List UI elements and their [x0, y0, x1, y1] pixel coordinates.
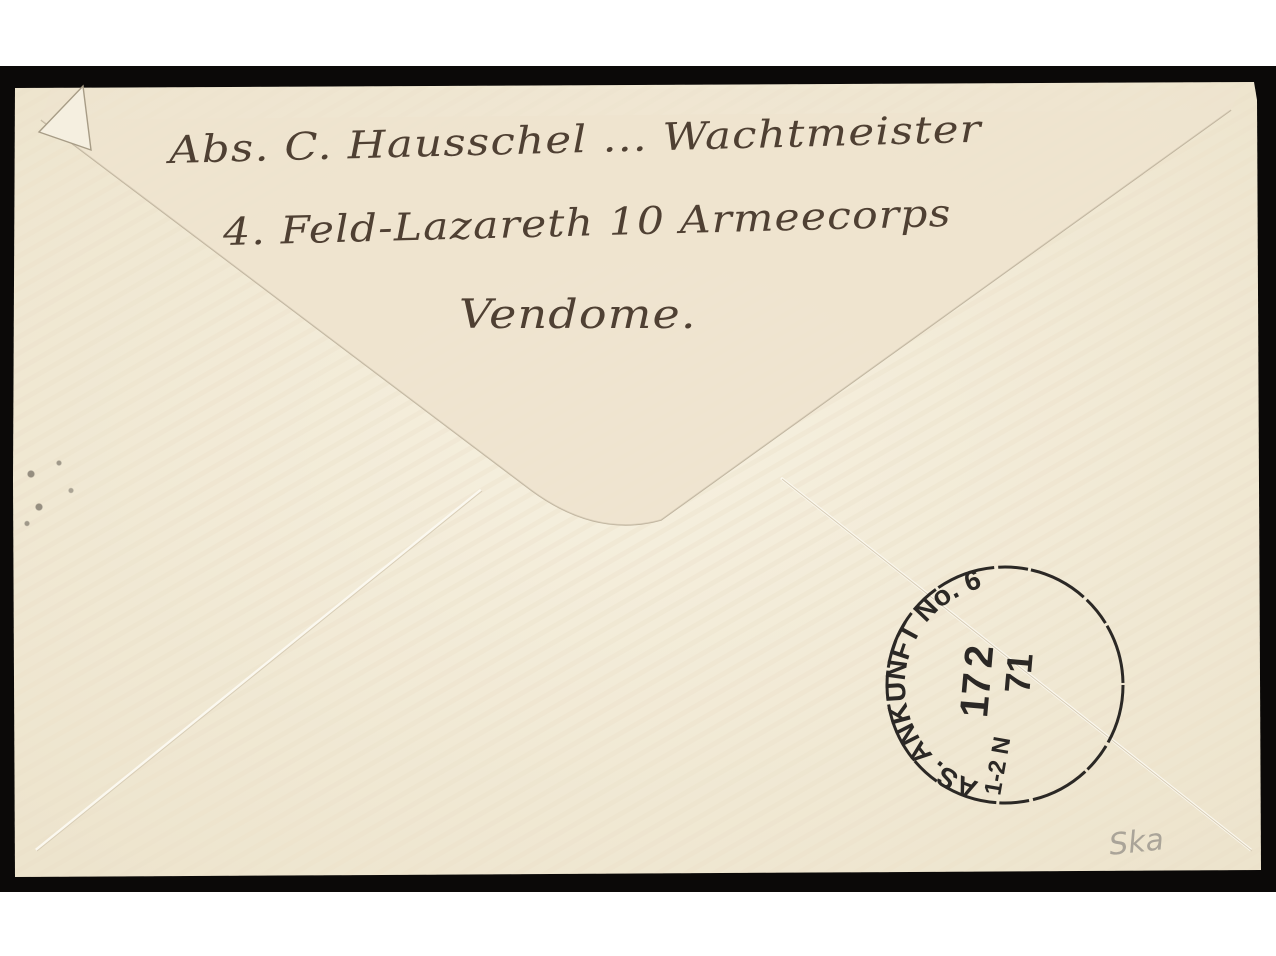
postmark-day: 17 — [952, 671, 1000, 719]
postmark-bottom-text: 1-2 N — [979, 735, 1016, 797]
handwritten-sender-line-3: Vendome. — [459, 292, 697, 338]
circular-postmark: AS. ANKUNFT No. 6 17 2 71 1-2 N — [880, 560, 1130, 810]
postmark-year: 71 — [996, 651, 1040, 694]
stamp-remnant-left-edge — [15, 430, 95, 540]
pencil-notation: Ska — [1107, 822, 1165, 863]
postmark-month: 2 — [956, 644, 1002, 670]
